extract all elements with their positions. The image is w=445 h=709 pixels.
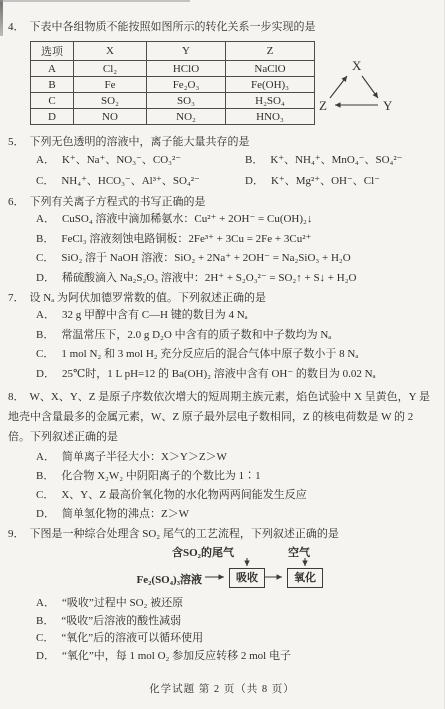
option-c: C．NH₄⁺、HCO₃⁻、Al³⁺、SO₄²⁻	[36, 171, 245, 192]
q5-stem-text: 下列无色透明的溶液中，离子能大量共存的是	[30, 136, 250, 148]
flow-air-label: 空气	[288, 544, 310, 560]
option-a: A．K⁺、Na⁺、NO₃⁻、CO₃²⁻	[36, 150, 245, 171]
scan-edge-top	[0, 0, 190, 2]
arrow-x-to-y-icon	[362, 76, 378, 98]
q8-stem-text: W、X、Y、Z 是原子序数依次增大的短周期主族元素，焰色试验中 X 呈黄色，Y …	[8, 391, 430, 443]
table-cell: SO₃	[147, 93, 226, 109]
node-x-label: X	[352, 58, 362, 73]
table-cell: B	[31, 77, 74, 93]
option-b: B．常温常压下，2.0 g D₂O 中含有的质子数和中子数均为 Nₐ	[36, 326, 436, 346]
flow-solution-label: Fe₂(SO₄)₃溶液	[130, 571, 202, 587]
option-a: A．CuSO₄ 溶液中滴加稀氨水：Cu²⁺ + 2OH⁻ = Cu(OH)₂↓	[36, 210, 436, 230]
q4-stem: 4．下表中各组物质不能按照如图所示的转化关系一步实现的是	[8, 20, 436, 35]
option-c: C．“氧化”后的溶液可以循环使用	[36, 630, 436, 648]
table-cell: HNO₃	[226, 109, 315, 125]
q4-stem-text: 下表中各组物质不能按照如图所示的转化关系一步实现的是	[30, 21, 316, 33]
q7-stem-text: 设 Nₐ 为阿伏加德罗常数的值。下列叙述正确的是	[30, 292, 266, 304]
question-8: 8．W、X、Y、Z 是原子序数依次增大的短周期主族元素，焰色试验中 X 呈黄色，…	[8, 387, 436, 524]
flow-absorb-box: 吸收	[229, 568, 265, 588]
option-d: D．稀硫酸滴入 Na₂S₂O₃ 溶液中：2H⁺ + S₂O₃²⁻ = SO₂↑ …	[36, 269, 436, 289]
option-c: C．1 mol N₂ 和 3 mol H₂ 充分反应后的混合气体中原子数小于 8…	[36, 345, 436, 365]
arrow-z-to-x-icon	[330, 76, 347, 98]
exam-page: 4．下表中各组物质不能按照如图所示的转化关系一步实现的是 选项 X Y Z A …	[0, 0, 445, 709]
table-header-x: X	[74, 42, 147, 61]
q5-options: A．K⁺、Na⁺、NO₃⁻、CO₃²⁻ B．K⁺、NH₄⁺、MnO₄⁻、SO₄²…	[36, 150, 436, 192]
question-6: 6．下列有关离子方程式的书写正确的是 A．CuSO₄ 溶液中滴加稀氨水：Cu²⁺…	[8, 195, 436, 288]
q9-stem: 9．下图是一种综合处理含 SO₂ 尾气的工艺流程，下列叙述正确的是	[8, 527, 436, 542]
table-header-option: 选项	[31, 42, 74, 61]
transformation-triangle-diagram: X Z Y	[312, 54, 408, 116]
q6-stem: 6．下列有关离子方程式的书写正确的是	[8, 195, 436, 210]
q9-stem-text: 下图是一种综合处理含 SO₂ 尾气的工艺流程，下列叙述正确的是	[30, 528, 339, 540]
option-a: A．32 g 甲醇中含有 C—H 键的数目为 4 Nₐ	[36, 306, 436, 326]
option-a: A．“吸收”过程中 SO₂ 被还原	[36, 595, 436, 613]
table-cell: NO	[74, 109, 147, 125]
q9-number: 9．	[8, 528, 25, 540]
option-b: B．“吸收”后溶液的酸性减弱	[36, 613, 436, 631]
node-z-label: Z	[319, 98, 327, 113]
table-cell: Fe₂O₃	[147, 77, 226, 93]
option-d: D．25℃时，1 L pH=12 的 Ba(OH)₂ 溶液中含有 OH⁻ 的数目…	[36, 365, 436, 385]
option-c: C．SiO₂ 溶于 NaOH 溶液：SiO₂ + 2Na⁺ + 2OH⁻ = N…	[36, 249, 436, 269]
option-d: D．K⁺、Mg²⁺、OH⁻、Cl⁻	[245, 171, 436, 192]
table-cell: SO₂	[74, 93, 147, 109]
option-d: D．简单氢化物的沸点：Z＞W	[36, 505, 436, 524]
table-header-y: Y	[147, 42, 226, 61]
question-7: 7．设 Nₐ 为阿伏加德罗常数的值。下列叙述正确的是 A．32 g 甲醇中含有 …	[8, 291, 436, 384]
q4-number: 4．	[8, 21, 25, 33]
scan-edge-left	[0, 0, 3, 36]
table-cell: A	[31, 61, 74, 77]
option-a: A．简单离子半径大小：X＞Y＞Z＞W	[36, 448, 436, 467]
option-c: C．X、Y、Z 最高价氧化物的水化物两两间能发生反应	[36, 486, 436, 505]
table-cell: NO₂	[147, 109, 226, 125]
question-9: 9．下图是一种综合处理含 SO₂ 尾气的工艺流程，下列叙述正确的是 含SO₂的尾…	[8, 527, 436, 665]
table-cell: C	[31, 93, 74, 109]
q5-number: 5．	[8, 136, 25, 148]
q7-number: 7．	[8, 292, 25, 304]
table-cell: H₂SO₄	[226, 93, 315, 109]
table-header-row: 选项 X Y Z	[31, 42, 315, 61]
table-cell: Cl₂	[74, 61, 147, 77]
table-header-z: Z	[226, 42, 315, 61]
q7-stem: 7．设 Nₐ 为阿伏加德罗常数的值。下列叙述正确的是	[8, 291, 436, 306]
table-row: B Fe Fe₂O₃ Fe(OH)₃	[31, 77, 315, 93]
table-row: C SO₂ SO₃ H₂SO₄	[31, 93, 315, 109]
q6-number: 6．	[8, 196, 25, 208]
option-b: B．K⁺、NH₄⁺、MnO₄⁻、SO₄²⁻	[245, 150, 436, 171]
question-4: 4．下表中各组物质不能按照如图所示的转化关系一步实现的是 选项 X Y Z A …	[8, 20, 436, 125]
q4-conversion-table: 选项 X Y Z A Cl₂ HClO NaClO B Fe Fe₂O₃ Fe(…	[30, 41, 315, 125]
page-footer: 化学试题 第 2 页（共 8 页）	[0, 681, 444, 696]
table-row: A Cl₂ HClO NaClO	[31, 61, 315, 77]
table-cell: Fe	[74, 77, 147, 93]
flow-feed-label: 含SO₂的尾气	[172, 544, 234, 560]
question-5: 5．下列无色透明的溶液中，离子能大量共存的是 A．K⁺、Na⁺、NO₃⁻、CO₃…	[8, 135, 436, 192]
q8-stem: 8．W、X、Y、Z 是原子序数依次增大的短周期主族元素，焰色试验中 X 呈黄色，…	[8, 387, 436, 447]
option-d: D．“氧化”中，每 1 mol O₂ 参加反应转移 2 mol 电子	[36, 648, 436, 666]
option-b: B．化合物 X₂W₂ 中阴阳离子的个数比为 1∶1	[36, 467, 436, 486]
table-cell: NaClO	[226, 61, 315, 77]
q6-stem-text: 下列有关离子方程式的书写正确的是	[30, 196, 206, 208]
table-cell: HClO	[147, 61, 226, 77]
table-cell: D	[31, 109, 74, 125]
q5-stem: 5．下列无色透明的溶液中，离子能大量共存的是	[8, 135, 436, 150]
q9-flow-diagram: 含SO₂的尾气 空气 Fe₂(SO₄)₃溶液 吸收 氧化	[8, 545, 436, 595]
table-row: D NO NO₂ HNO₃	[31, 109, 315, 125]
table-cell: Fe(OH)₃	[226, 77, 315, 93]
node-y-label: Y	[383, 98, 393, 113]
flow-oxidize-box: 氧化	[287, 568, 323, 588]
q8-number: 8．	[8, 391, 25, 403]
option-b: B．FeCl₃ 溶液刻蚀电路铜板：2Fe³⁺ + 3Cu = 2Fe + 3Cu…	[36, 230, 436, 250]
